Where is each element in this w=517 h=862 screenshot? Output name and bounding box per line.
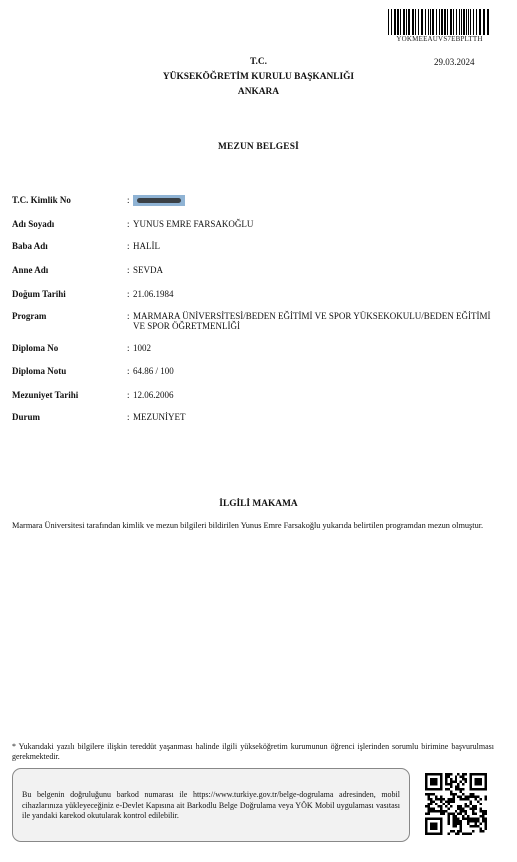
- field-label: Diploma Notu: [12, 366, 127, 376]
- issuer-header: T.C. YÜKSEKÖĞRETİM KURULU BAŞKANLIĞI ANK…: [0, 55, 517, 100]
- field-row: Program:MARMARA ÜNİVERSİTESİ/BEDEN EĞİTİ…: [12, 311, 492, 331]
- qr-code: [425, 773, 487, 835]
- field-value: 21.06.1984: [133, 289, 492, 299]
- footnote: * Yukarıdaki yazılı bilgilere ilişkin te…: [12, 742, 494, 762]
- statement-paragraph: Marmara Üniversitesi tarafından kimlik v…: [12, 521, 497, 532]
- document-title: MEZUN BELGESİ: [0, 142, 517, 152]
- field-row: Diploma No:1002: [12, 343, 492, 353]
- barcode: YOKMEEAUVS7EBPLTTH: [388, 9, 491, 43]
- section-title: İLGİLİ MAKAMA: [0, 499, 517, 509]
- field-label: Program: [12, 311, 127, 331]
- field-label: Doğum Tarihi: [12, 289, 127, 299]
- field-label: T.C. Kimlik No: [12, 195, 127, 206]
- field-row: Adı Soyadı:YUNUS EMRE FARSAKOĞLU: [12, 219, 492, 229]
- field-label: Durum: [12, 412, 127, 422]
- field-value: 12.06.2006: [133, 390, 492, 400]
- field-row: Durum:MEZUNİYET: [12, 412, 492, 422]
- field-row: T.C. Kimlik No:: [12, 195, 492, 206]
- field-value: [133, 195, 492, 206]
- header-line-institution: YÜKSEKÖĞRETİM KURULU BAŞKANLIĞI: [0, 70, 517, 85]
- field-value: HALİL: [133, 241, 492, 251]
- verification-box: Bu belgenin doğruluğunu barkod numarası …: [12, 768, 410, 842]
- field-value: MEZUNİYET: [133, 412, 492, 422]
- field-label: Adı Soyadı: [12, 219, 127, 229]
- field-label: Baba Adı: [12, 241, 127, 251]
- field-row: Diploma Notu:64.86 / 100: [12, 366, 492, 376]
- field-value: 64.86 / 100: [133, 366, 492, 376]
- barcode-number: YOKMEEAUVS7EBPLTTH: [388, 35, 491, 43]
- redacted-id-number: [133, 195, 185, 206]
- field-label: Diploma No: [12, 343, 127, 353]
- header-line-city: ANKARA: [0, 85, 517, 100]
- field-value: YUNUS EMRE FARSAKOĞLU: [133, 219, 492, 229]
- field-value: MARMARA ÜNİVERSİTESİ/BEDEN EĞİTİMİ VE SP…: [133, 311, 492, 331]
- verification-text: Bu belgenin doğruluğunu barkod numarası …: [22, 790, 400, 822]
- field-value: 1002: [133, 343, 492, 353]
- barcode-bars: [388, 9, 491, 35]
- field-label: Mezuniyet Tarihi: [12, 390, 127, 400]
- header-line-tc: T.C.: [0, 55, 517, 70]
- field-row: Baba Adı:HALİL: [12, 241, 492, 251]
- field-row: Mezuniyet Tarihi:12.06.2006: [12, 390, 492, 400]
- field-value: SEVDA: [133, 265, 492, 275]
- field-row: Anne Adı:SEVDA: [12, 265, 492, 275]
- field-row: Doğum Tarihi:21.06.1984: [12, 289, 492, 299]
- field-label: Anne Adı: [12, 265, 127, 275]
